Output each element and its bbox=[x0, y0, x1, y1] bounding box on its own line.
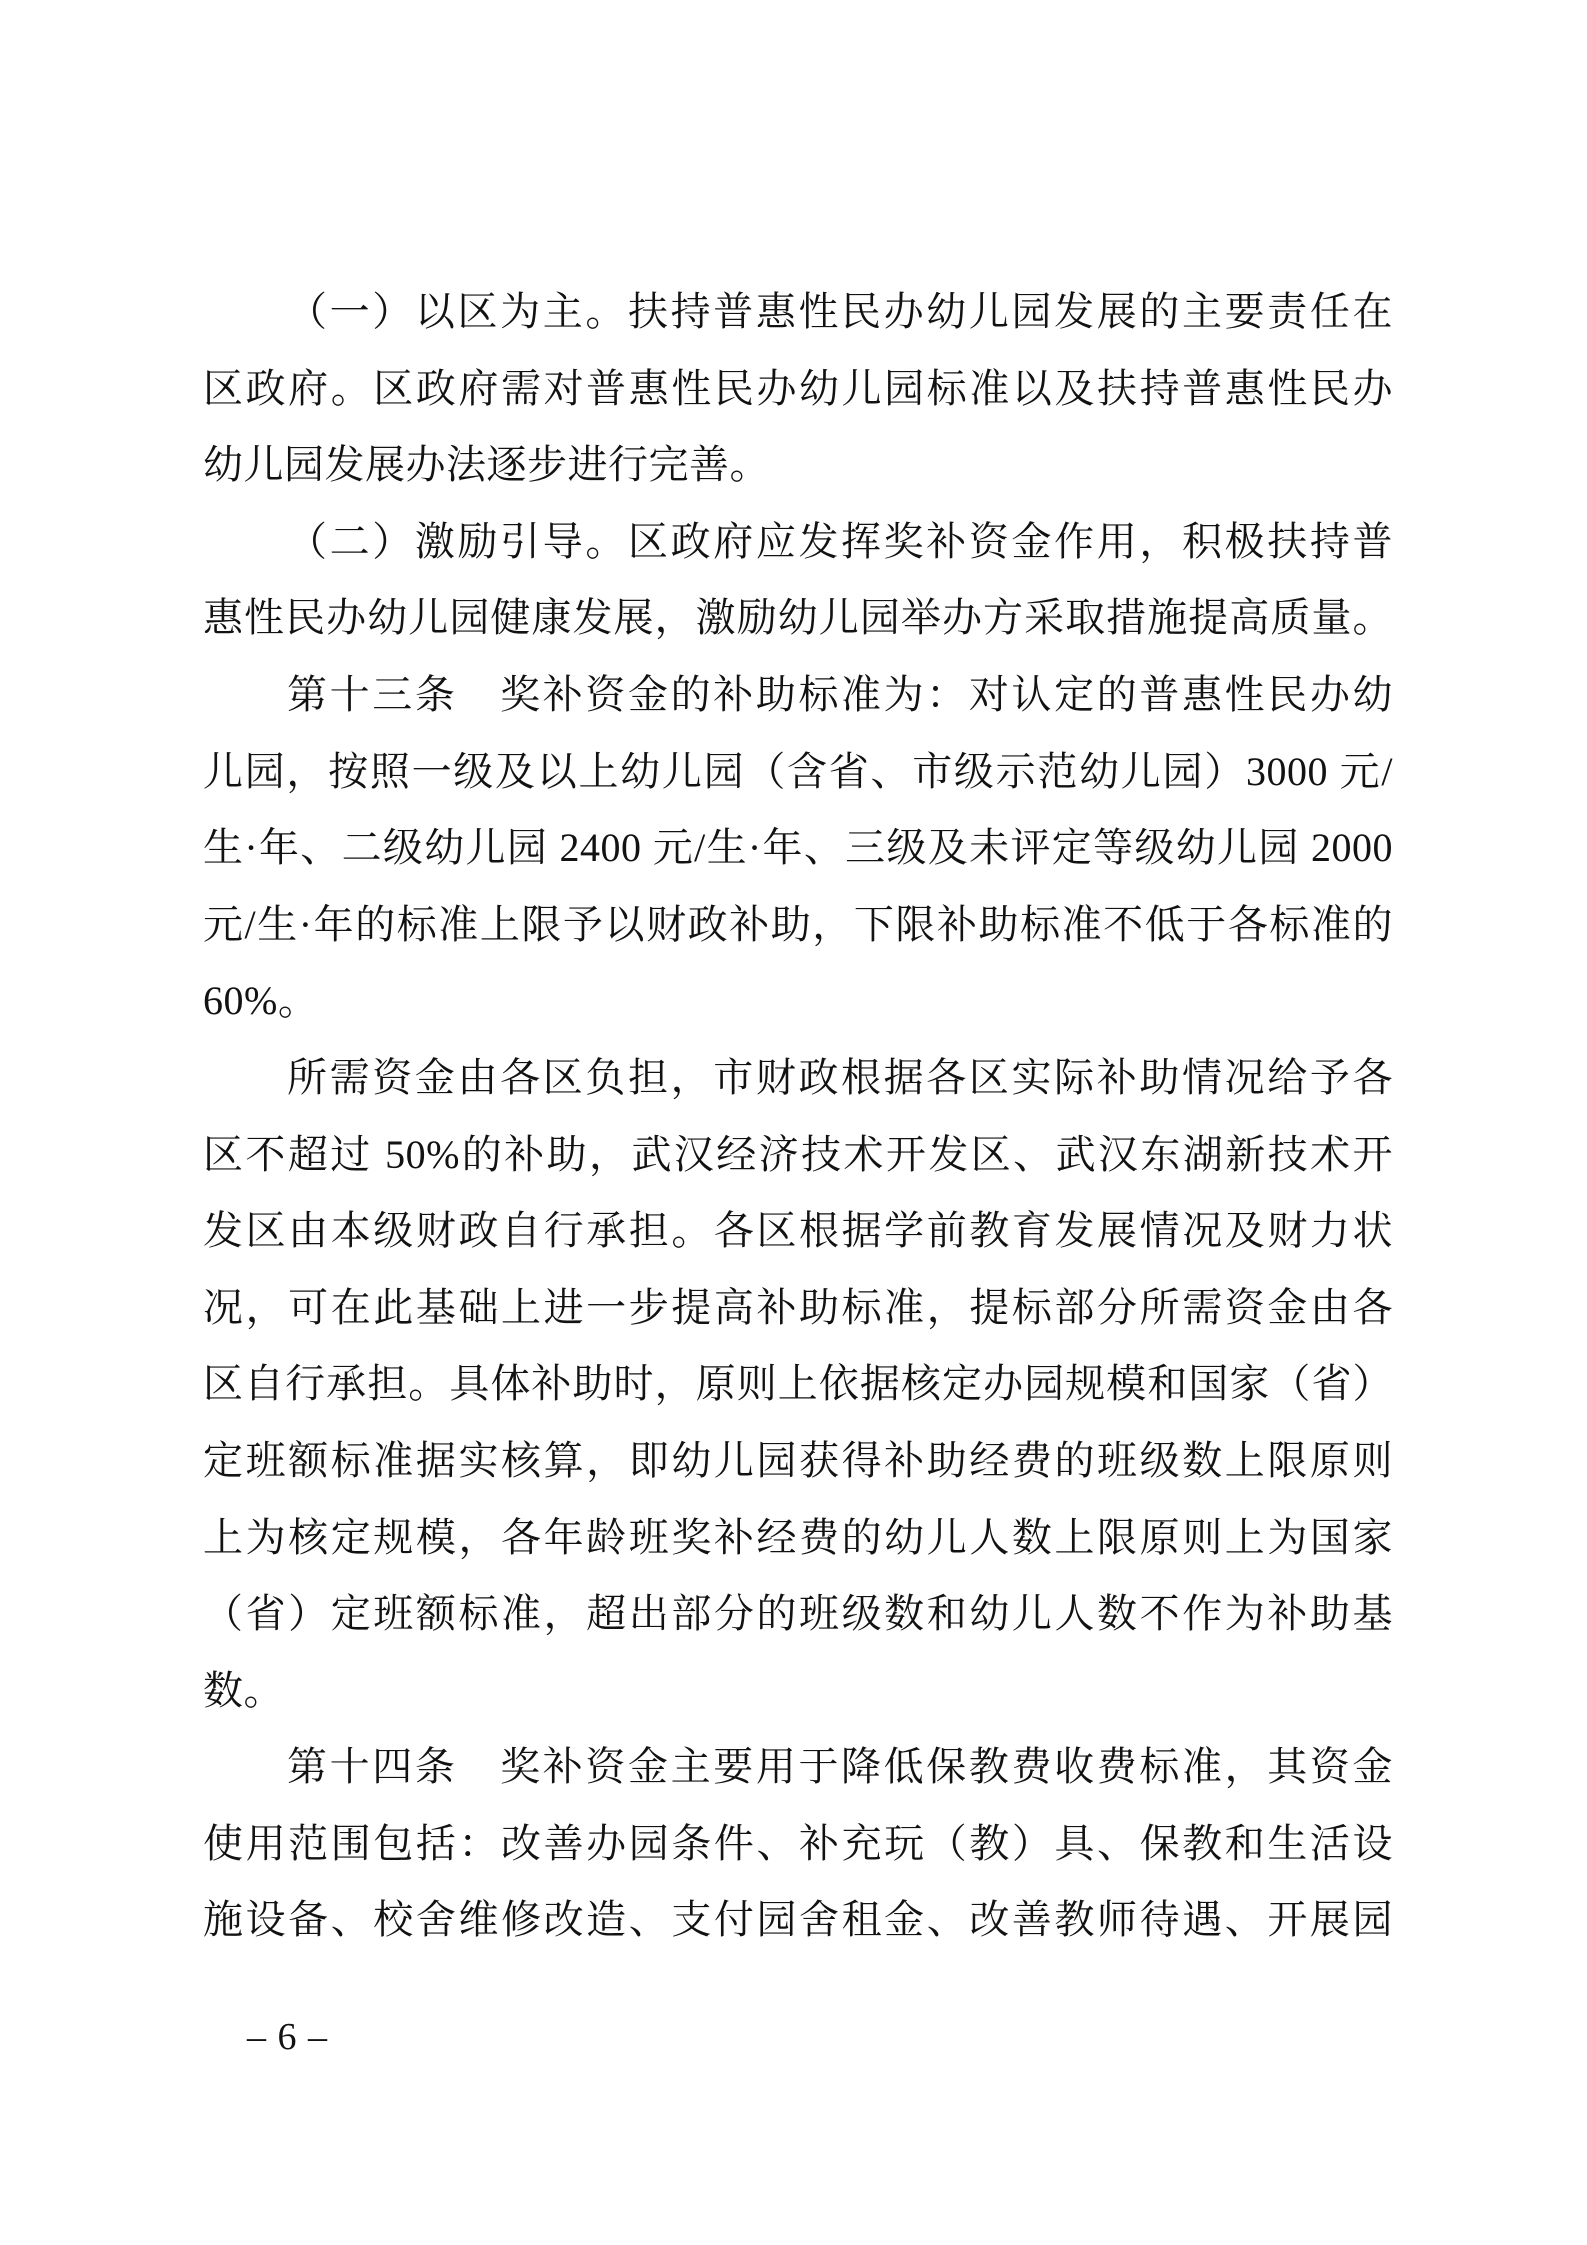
text-line: 区自行承担。具体补助时，原则上依据核定办园规模和国家（省） bbox=[203, 1346, 1393, 1423]
text-line: 第十四条 奖补资金主要用于降低保教费收费标准，其资金 bbox=[203, 1729, 1393, 1806]
text-line: 区不超过 50%的补助，武汉经济技术开发区、武汉东湖新技术开 bbox=[203, 1117, 1393, 1194]
document-body: （一）以区为主。扶持普惠性民办幼儿园发展的主要责任在区政府。区政府需对普惠性民办… bbox=[203, 274, 1393, 1959]
text-line: 数。 bbox=[203, 1653, 1393, 1730]
text-line: 发区由本级财政自行承担。各区根据学前教育发展情况及财力状 bbox=[203, 1193, 1393, 1270]
page-number: – 6 – bbox=[247, 2012, 328, 2062]
text-line: 元/生·年的标准上限予以财政补助，下限补助标准不低于各标准的 bbox=[203, 887, 1393, 964]
text-line: 上为核定规模，各年龄班奖补经费的幼儿人数上限原则上为国家 bbox=[203, 1500, 1393, 1577]
text-line: 惠性民办幼儿园健康发展，激励幼儿园举办方采取措施提高质量。 bbox=[203, 580, 1393, 657]
document-page: （一）以区为主。扶持普惠性民办幼儿园发展的主要责任在区政府。区政府需对普惠性民办… bbox=[0, 0, 1587, 2245]
text-line: 区政府。区政府需对普惠性民办幼儿园标准以及扶持普惠性民办 bbox=[203, 351, 1393, 428]
text-line: 幼儿园发展办法逐步进行完善。 bbox=[203, 427, 1393, 504]
text-line: 施设备、校舍维修改造、支付园舍租金、改善教师待遇、开展园 bbox=[203, 1882, 1393, 1959]
text-line: （一）以区为主。扶持普惠性民办幼儿园发展的主要责任在 bbox=[203, 274, 1393, 351]
text-line: 使用范围包括：改善办园条件、补充玩（教）具、保教和生活设 bbox=[203, 1806, 1393, 1883]
text-line: 定班额标准据实核算，即幼儿园获得补助经费的班级数上限原则 bbox=[203, 1423, 1393, 1500]
text-line: 况，可在此基础上进一步提高补助标准，提标部分所需资金由各 bbox=[203, 1270, 1393, 1347]
text-line: 60%。 bbox=[203, 963, 1393, 1040]
text-line: 第十三条 奖补资金的补助标准为：对认定的普惠性民办幼 bbox=[203, 657, 1393, 734]
text-line: （二）激励引导。区政府应发挥奖补资金作用，积极扶持普 bbox=[203, 504, 1393, 581]
text-line: （省）定班额标准，超出部分的班级数和幼儿人数不作为补助基 bbox=[203, 1576, 1393, 1653]
text-line: 生·年、二级幼儿园 2400 元/生·年、三级及未评定等级幼儿园 2000 bbox=[203, 810, 1393, 887]
text-line: 所需资金由各区负担，市财政根据各区实际补助情况给予各 bbox=[203, 1040, 1393, 1117]
text-line: 儿园，按照一级及以上幼儿园（含省、市级示范幼儿园）3000 元/ bbox=[203, 734, 1393, 811]
